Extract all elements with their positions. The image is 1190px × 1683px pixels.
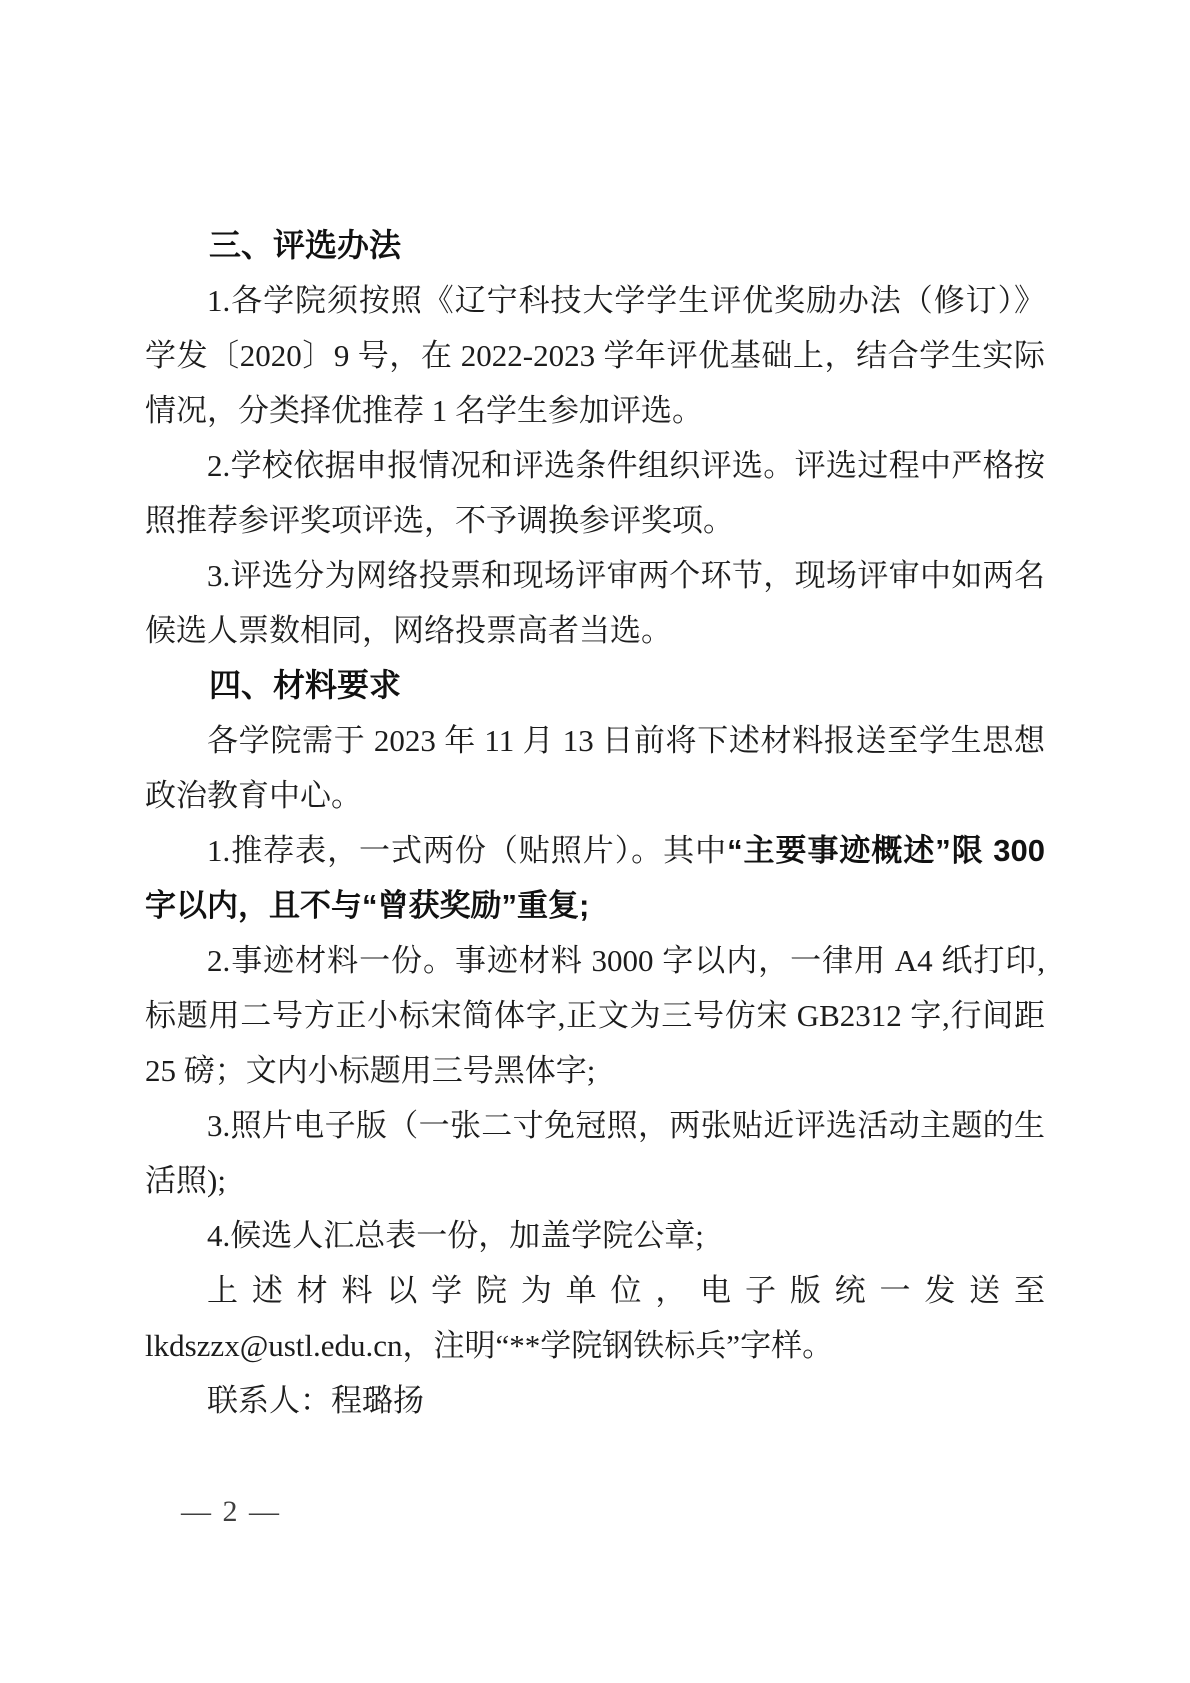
paragraph-material-3: 3.照片电子版（一张二寸免冠照，两张贴近评选活动主题的生活照);	[145, 1098, 1045, 1208]
paragraph-selection-rule-3: 3.评选分为网络投票和现场评审两个环节，现场评审中如两名候选人票数相同，网络投票…	[145, 548, 1045, 658]
paragraph-material-2: 2.事迹材料一份。事迹材料 3000 字以内，一律用 A4 纸打印,标题用二号方…	[145, 933, 1045, 1098]
text-run: 1.推荐表，一式两份（贴照片）。其中	[207, 833, 727, 868]
section-heading-4: 四、材料要求	[145, 658, 1045, 713]
paragraph-selection-rule-2: 2.学校依据申报情况和评选条件组织评选。评选过程中严格按照推荐参评奖项评选，不予…	[145, 438, 1045, 548]
paragraph-submission-email: 上述材料以学院为单位，电子版统一发送至lkdszzx@ustl.edu.cn，注…	[145, 1263, 1045, 1373]
document-body: 三、评选办法 1.各学院须按照《辽宁科技大学学生评优奖励办法（修订）》学发〔20…	[145, 218, 1045, 1428]
paragraph-material-1: 1.推荐表，一式两份（贴照片）。其中“主要事迹概述”限 300 字以内，且不与“…	[145, 823, 1045, 933]
paragraph-contact-person: 联系人：程璐扬	[145, 1373, 1045, 1428]
paragraph-material-4: 4.候选人汇总表一份，加盖学院公章;	[145, 1208, 1045, 1263]
document-page: 三、评选办法 1.各学院须按照《辽宁科技大学学生评优奖励办法（修订）》学发〔20…	[0, 0, 1190, 1683]
page-number: — 2 —	[181, 1492, 281, 1532]
paragraph-deadline: 各学院需于 2023 年 11 月 13 日前将下述材料报送至学生思想政治教育中…	[145, 713, 1045, 823]
section-heading-3: 三、评选办法	[145, 218, 1045, 273]
paragraph-selection-rule-1: 1.各学院须按照《辽宁科技大学学生评优奖励办法（修订）》学发〔2020〕9 号，…	[145, 273, 1045, 438]
